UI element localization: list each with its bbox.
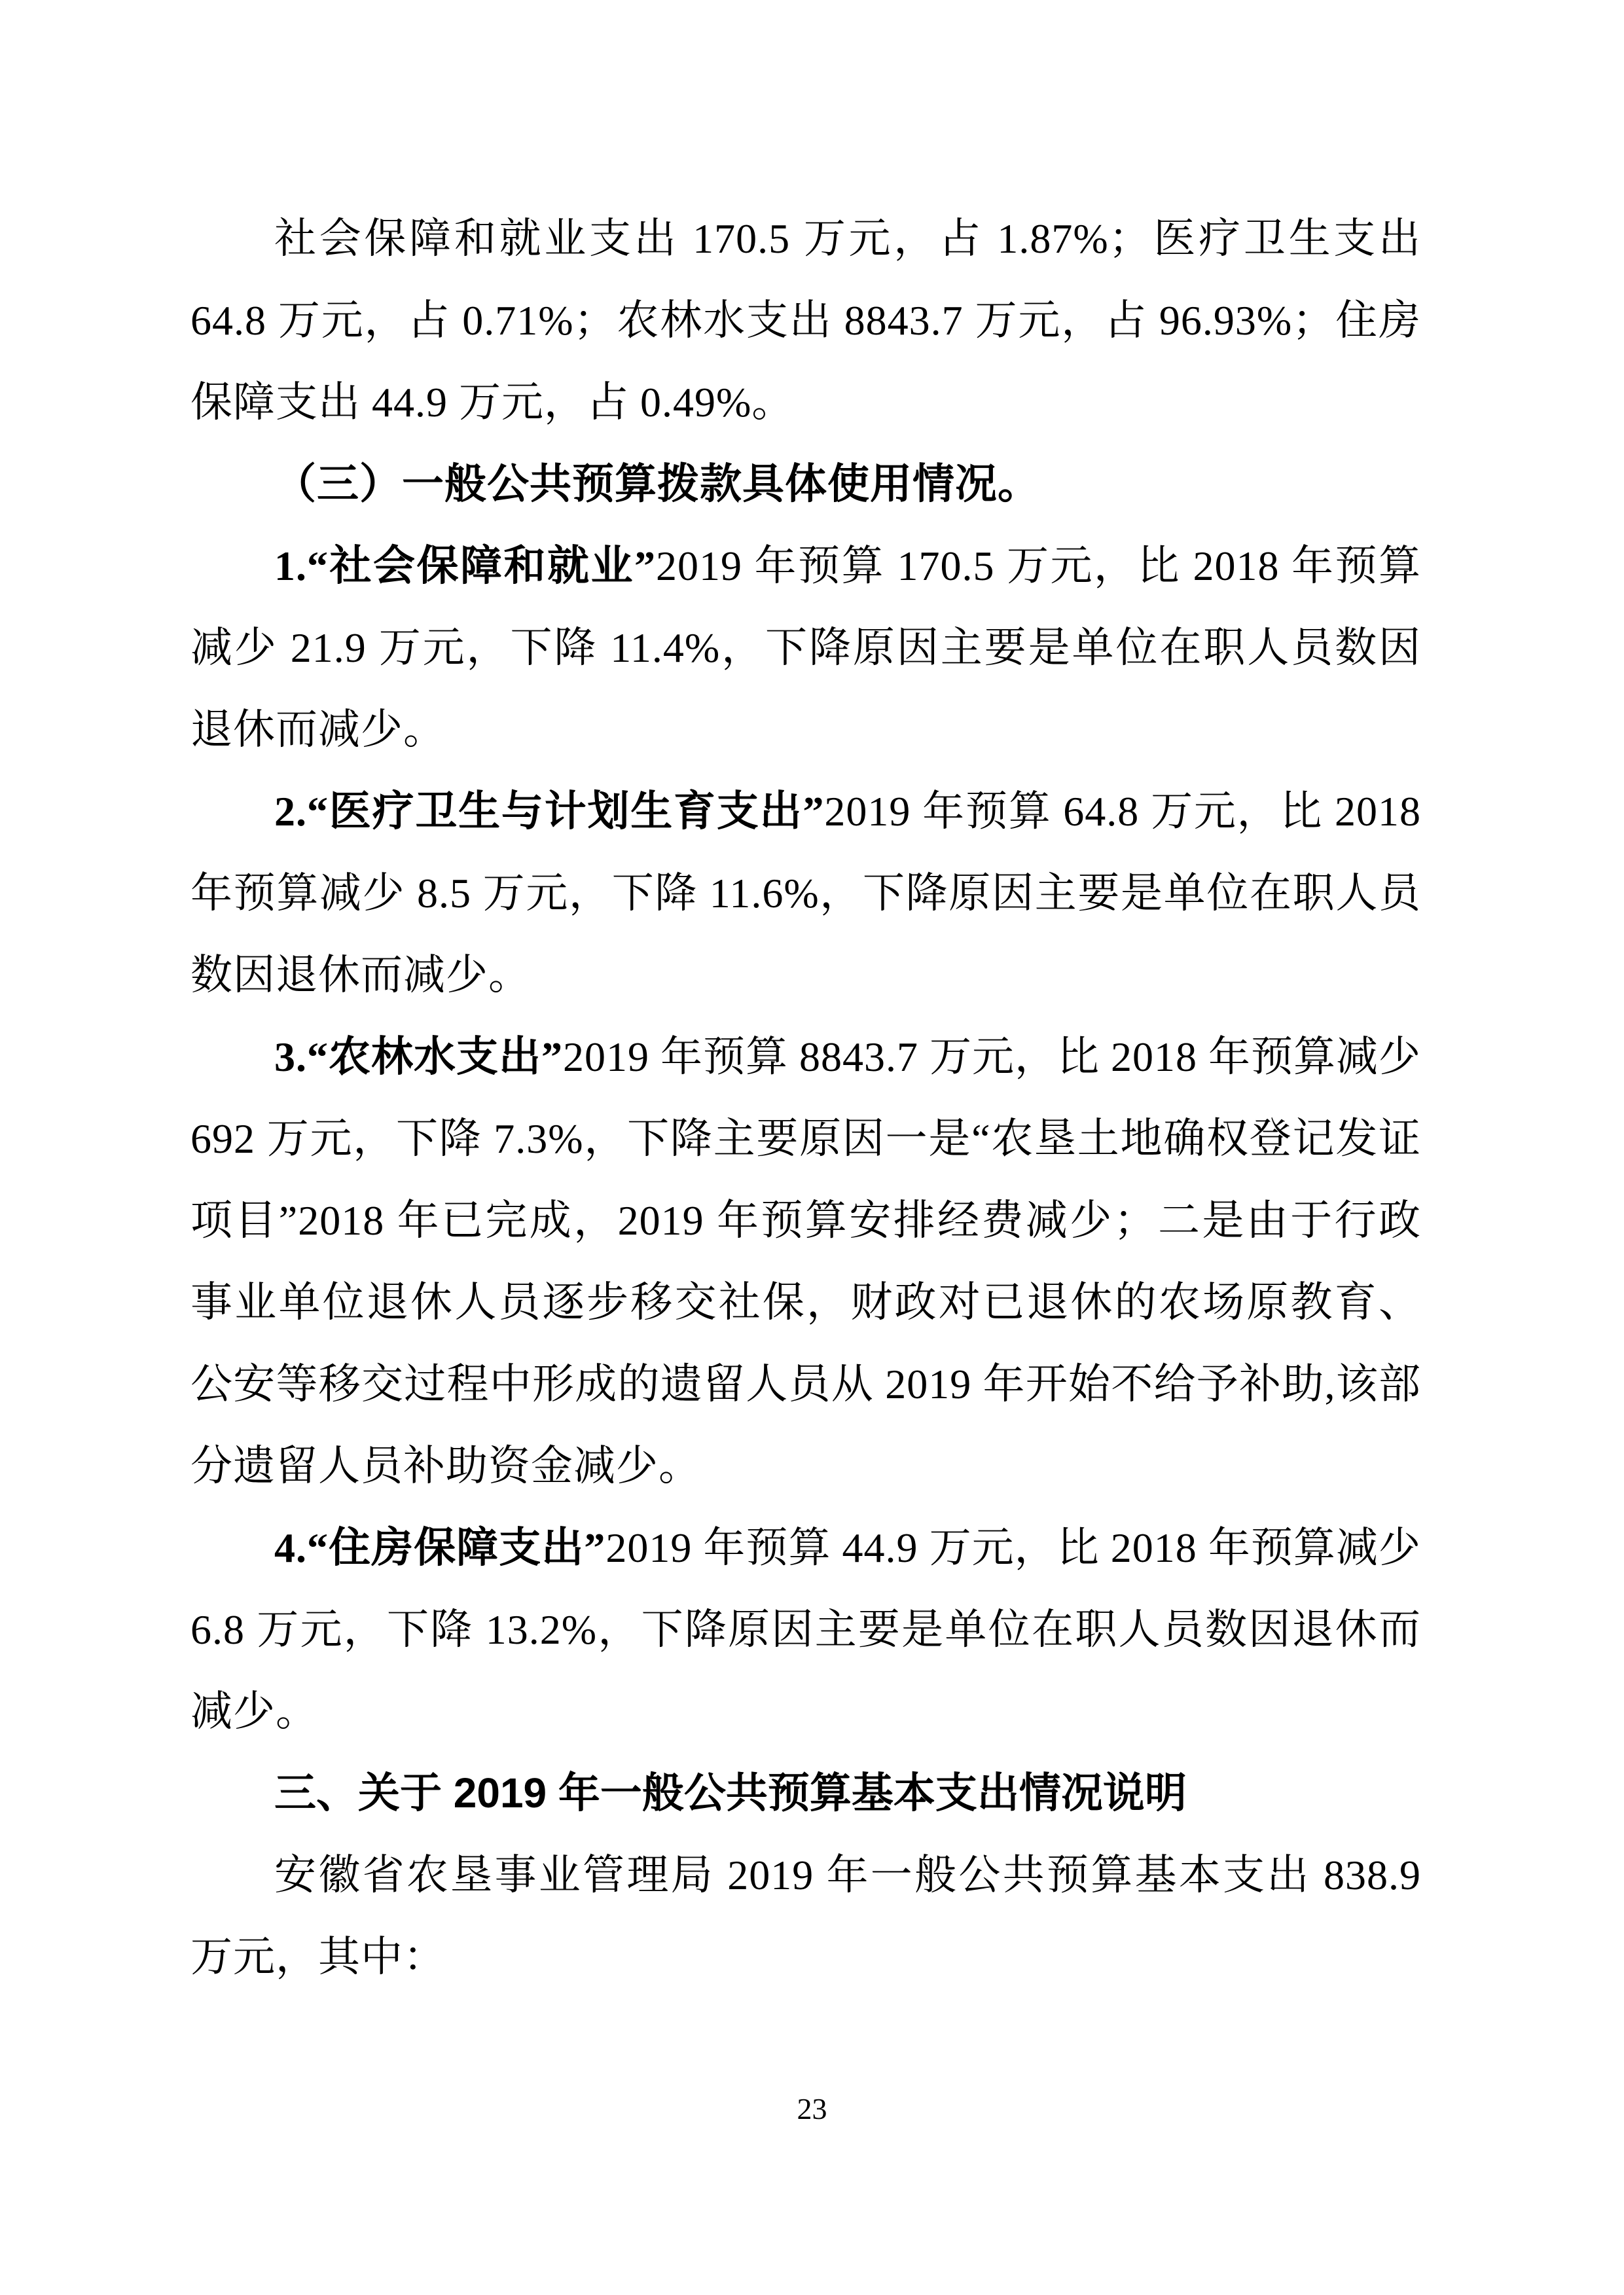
paragraph: （三）一般公共预算拨款具体使用情况。: [190, 443, 1421, 525]
document-page: 社会保障和就业支出 170.5 万元，占 1.87%；医疗卫生支出 64.8 万…: [0, 0, 1624, 2295]
paragraph-list: 社会保障和就业支出 170.5 万元，占 1.87%；医疗卫生支出 64.8 万…: [190, 198, 1421, 1998]
paragraph: 社会保障和就业支出 170.5 万元，占 1.87%；医疗卫生支出 64.8 万…: [190, 198, 1421, 443]
paragraph-lead: 4.“住房保障支出”: [274, 1525, 605, 1571]
page-footer: 23: [0, 2089, 1624, 2129]
paragraph-text: 社会保障和就业支出 170.5 万元，占 1.87%；医疗卫生支出 64.8 万…: [190, 215, 1421, 425]
document-body: 社会保障和就业支出 170.5 万元，占 1.87%；医疗卫生支出 64.8 万…: [190, 198, 1421, 1998]
page-number: 23: [797, 2092, 827, 2125]
paragraph-lead: 1.“社会保障和就业”: [274, 543, 656, 589]
paragraph: 安徽省农垦事业管理局 2019 年一般公共预算基本支出 838.9 万元，其中：: [190, 1834, 1421, 1998]
paragraph: 1.“社会保障和就业”2019 年预算 170.5 万元，比 2018 年预算减…: [190, 525, 1421, 770]
paragraph-lead: 2.“医疗卫生与计划生育支出”: [274, 788, 824, 835]
paragraph-text: （三）一般公共预算拨款具体使用情况。: [274, 461, 1040, 507]
paragraph-lead: 3.“农林水支出”: [274, 1034, 563, 1080]
paragraph-text: 三、关于 2019 年一般公共预算基本支出情况说明: [274, 1769, 1187, 1816]
paragraph-text: 2019 年预算 8843.7 万元，比 2018 年预算减少 692 万元，下…: [190, 1034, 1421, 1489]
paragraph: 三、关于 2019 年一般公共预算基本支出情况说明: [190, 1752, 1421, 1834]
paragraph: 4.“住房保障支出”2019 年预算 44.9 万元，比 2018 年预算减少 …: [190, 1507, 1421, 1752]
paragraph: 3.“农林水支出”2019 年预算 8843.7 万元，比 2018 年预算减少…: [190, 1016, 1421, 1507]
paragraph: 2.“医疗卫生与计划生育支出”2019 年预算 64.8 万元，比 2018 年…: [190, 770, 1421, 1016]
paragraph-text: 安徽省农垦事业管理局 2019 年一般公共预算基本支出 838.9 万元，其中：: [190, 1852, 1421, 1980]
